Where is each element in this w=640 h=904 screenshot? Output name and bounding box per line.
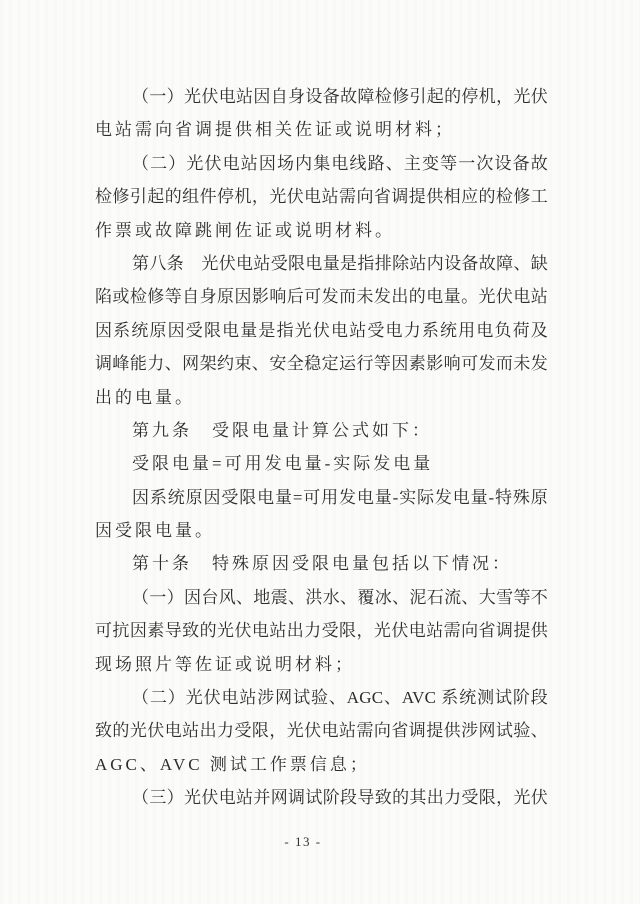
page-number: - 13 - xyxy=(0,832,606,852)
text-line: 陷或检修等自身原因影响后可发而未发出的电量。光伏电站 xyxy=(95,280,548,313)
text-line: 作票或故障跳闸佐证或说明材料。 xyxy=(95,214,548,247)
text-line: （一）光伏电站因自身设备故障检修引起的停机，光伏 xyxy=(95,80,548,113)
text-line: （二）光伏电站涉网试验、AGC、AVC 系统测试阶段导 xyxy=(95,681,548,714)
text-line: 第八条 光伏电站受限电量是指排除站内设备故障、缺 xyxy=(95,247,548,280)
text-line: 致的光伏电站出力受限，光伏电站需向省调提供涉网试验、 xyxy=(95,714,548,747)
text-line: 检修引起的组件停机，光伏电站需向省调提供相应的检修工 xyxy=(95,180,548,213)
text-line: 第九条 受限电量计算公式如下： xyxy=(95,414,548,447)
document-body: （一）光伏电站因自身设备故障检修引起的停机，光伏 电站需向省调提供相关佐证或说明… xyxy=(95,80,548,815)
text-line: AGC、AVC 测试工作票信息； xyxy=(95,748,548,781)
text-line: （一）因台风、地震、洪水、覆冰、泥石流、大雪等不 xyxy=(95,581,548,614)
text-line: 电站需向省调提供相关佐证或说明材料； xyxy=(95,113,548,146)
text-line: 因系统原因受限电量是指光伏电站受电力系统用电负荷及 xyxy=(95,314,548,347)
text-line: 因受限电量。 xyxy=(95,514,548,547)
document-page: （一）光伏电站因自身设备故障检修引起的停机，光伏 电站需向省调提供相关佐证或说明… xyxy=(0,0,640,904)
text-line: 可抗因素导致的光伏电站出力受限，光伏电站需向省调提供 xyxy=(95,614,548,647)
text-line: （二）光伏电站因场内集电线路、主变等一次设备故障、 xyxy=(95,147,548,180)
text-line: 现场照片等佐证或说明材料； xyxy=(95,648,548,681)
text-line: 调峰能力、网架约束、安全稳定运行等因素影响可发而未发 xyxy=(95,347,548,380)
text-line: 因系统原因受限电量=可用发电量-实际发电量-特殊原 xyxy=(95,481,548,514)
text-line: 第十条 特殊原因受限电量包括以下情况： xyxy=(95,547,548,580)
text-line: 出的电量。 xyxy=(95,381,548,414)
text-line: 受限电量=可用发电量-实际发电量 xyxy=(95,447,548,480)
text-line: （三）光伏电站并网调试阶段导致的其出力受限，光伏 xyxy=(95,781,548,814)
